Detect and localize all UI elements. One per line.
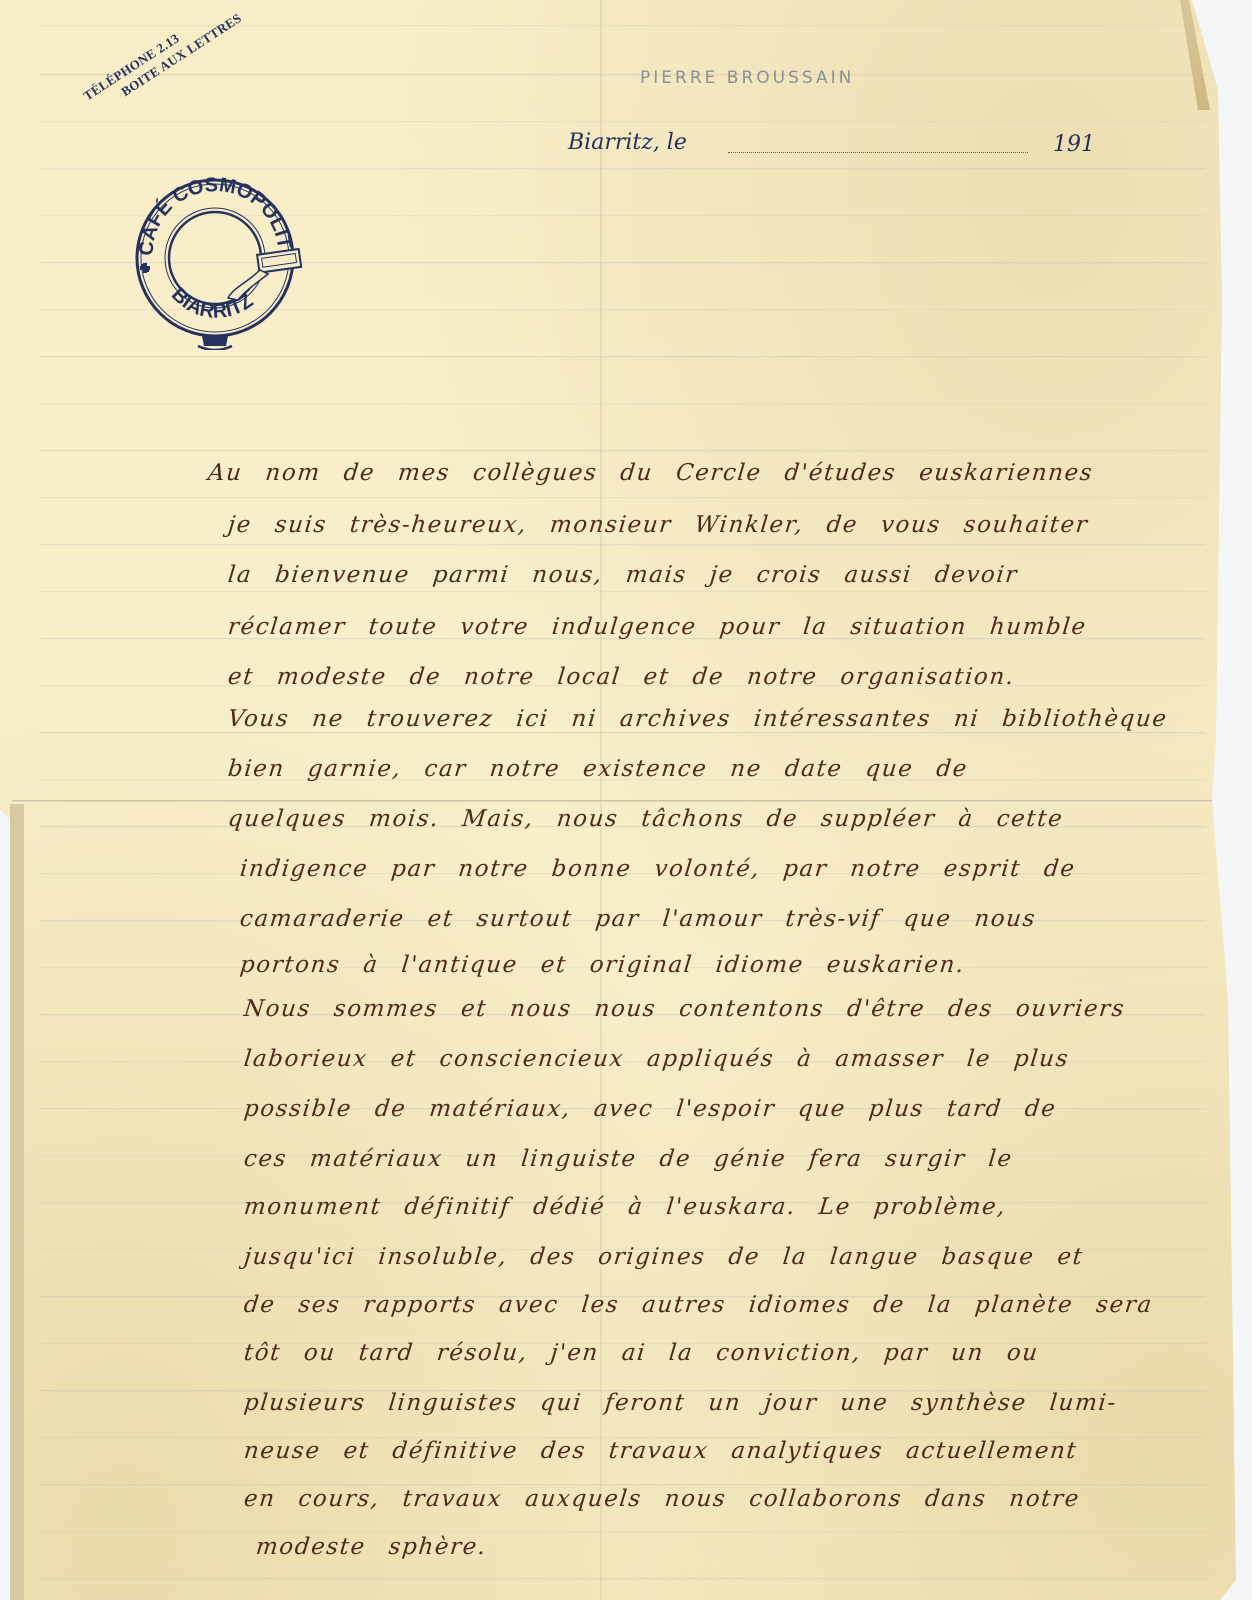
horizontal-fold: [12, 800, 1226, 803]
letter-line: plusieurs linguistes qui feront un jour …: [243, 1390, 1119, 1416]
letter-line: je suis très-heureux, monsieur Winkler, …: [227, 512, 1090, 538]
letter-line: portons à l'antique et original idiome e…: [239, 952, 967, 978]
pencil-annotation: PIERRE BROUSSAIN: [640, 68, 854, 88]
letter-line: jusqu'ici insoluble, des origines de la …: [243, 1244, 1085, 1270]
letter-line: tôt ou tard résolu, j'en ai la convictio…: [243, 1340, 1041, 1366]
letter-line: ces matériaux un linguiste de génie fera…: [243, 1146, 1014, 1172]
letter-line: modeste sphère.: [255, 1534, 489, 1560]
letter-line: de ses rapports avec les autres idiomes …: [243, 1292, 1154, 1318]
letter-line: quelques mois. Mais, nous tâchons de sup…: [227, 806, 1065, 832]
letter-line: bien garnie, car notre existence ne date…: [227, 756, 970, 782]
letter-line: la bienvenue parmi nous, mais je crois a…: [227, 562, 1020, 588]
letter-line: en cours, travaux auxquels nous collabor…: [243, 1486, 1082, 1512]
place-label: Biarritz, le: [568, 130, 687, 155]
letterhead: TÉLÉPHONE 2.13 BOITE AUX LETTRES CAFÉ CO…: [70, 60, 310, 350]
letter-line: monument définitif dédié à l'euskara. Le…: [243, 1194, 1008, 1220]
letter-line: possible de matériaux, avec l'espoir que…: [243, 1096, 1058, 1122]
letter-line: réclamer toute votre indulgence pour la …: [227, 614, 1088, 640]
letter-line: et modeste de notre local et de notre or…: [227, 664, 1017, 690]
letter-line: camaraderie et surtout par l'amour très-…: [239, 906, 1038, 932]
letter-line: Nous sommes et nous nous contentons d'êt…: [243, 996, 1127, 1022]
dateline: Biarritz, le 191: [568, 130, 1108, 170]
letter-line: Vous ne trouverez ici ni archives intére…: [227, 706, 1169, 732]
date-blank-line: [728, 152, 1028, 153]
cafe-emblem-icon: CAFÉ COSMOPOLITAIN BIARRITZ: [128, 170, 303, 350]
letter-line: laborieux et consciencieux appliqués à a…: [243, 1046, 1071, 1072]
letter-line: Au nom de mes collègues du Cercle d'étud…: [207, 460, 1095, 486]
year-prefix: 191: [1053, 132, 1095, 157]
letter-line: neuse et définitive des travaux analytiq…: [243, 1438, 1079, 1464]
torn-left-edge: [10, 804, 24, 1600]
letter-line: indigence par notre bonne volonté, par n…: [239, 856, 1077, 882]
